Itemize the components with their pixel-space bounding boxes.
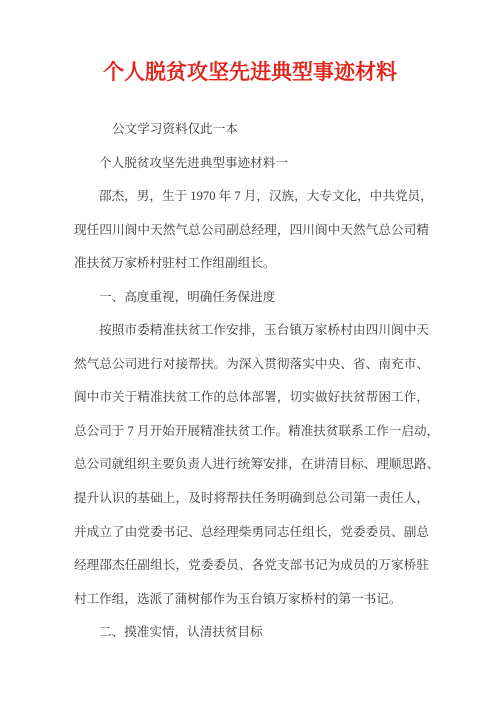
document-body: 公文学习资料仅此一本个人脱贫攻坚先进典型事迹材料一邵杰，男，生于 1970 年 …: [74, 113, 429, 650]
text-line: 二、摸准实情，认清扶贫目标: [74, 616, 429, 650]
text-line: 并成立了由党委书记、总经理柴勇同志任组长，党委委员、副总: [74, 516, 429, 550]
text-line: 然气总公司进行对接帮扶。为深入贯彻落实中央、省、南充市、: [74, 348, 429, 382]
text-line: 邵杰，男，生于 1970 年 7 月，汉族，大专文化，中共党员，: [74, 180, 429, 214]
document-title: 个人脱贫攻坚先进典型事迹材料: [0, 59, 500, 87]
text-line: 提升认识的基础上，及时将帮扶任务明确到总公司第一责任人，: [74, 482, 429, 516]
text-line: 公文学习资料仅此一本: [74, 113, 429, 147]
text-line: 经理邵杰任副组长，党委委员、各党支部书记为成员的万家桥驻: [74, 549, 429, 583]
text-line: 总公司于 7 月开始开展精准扶贫工作。精准扶贫联系工作一启动，: [74, 415, 429, 449]
text-line: 按照市委精准扶贫工作安排，玉台镇万家桥村由四川阆中天: [74, 314, 429, 348]
text-line: 村工作组，选派了蒲树郁作为玉台镇万家桥村的第一书记。: [74, 583, 429, 617]
text-line: 阆中市关于精准扶贫工作的总体部署，切实做好扶贫帮困工作，: [74, 381, 429, 415]
text-line: 一、高度重视，明确任务保进度: [74, 281, 429, 315]
text-line: 准扶贫万家桥村驻村工作组副组长。: [74, 247, 429, 281]
document-page: 个人脱贫攻坚先进典型事迹材料 公文学习资料仅此一本个人脱贫攻坚先进典型事迹材料一…: [0, 0, 500, 707]
text-line: 现任四川阆中天然气总公司副总经理，四川阆中天然气总公司精: [74, 214, 429, 248]
text-line: 个人脱贫攻坚先进典型事迹材料一: [74, 147, 429, 181]
text-line: 总公司就组织主要负责人进行统筹安排，在讲清目标、理顺思路、: [74, 448, 429, 482]
